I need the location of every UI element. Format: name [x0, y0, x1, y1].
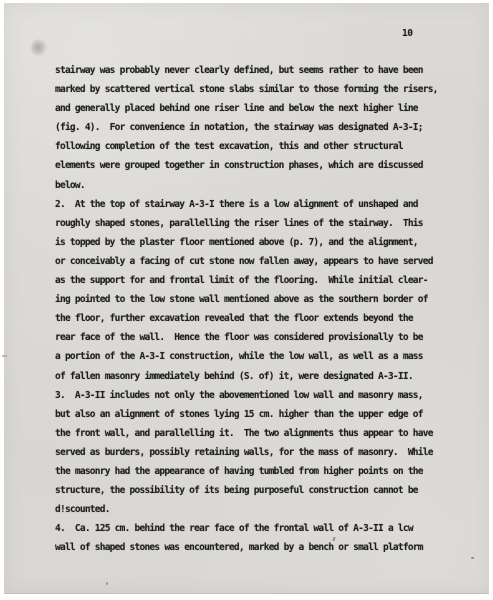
text-line: the masonry had the appearance of having…: [55, 462, 455, 481]
ink-speck: [106, 582, 108, 585]
ink-speck: [471, 557, 474, 559]
text-line: structure, the possibility of its being …: [55, 481, 455, 500]
page-number: 10: [402, 28, 412, 39]
text-line: but also an alignment of stones lying 15…: [55, 405, 455, 424]
typed-text: stairway was probably never clearly defi…: [55, 61, 455, 557]
text-line: is topped by the plaster floor mentioned…: [55, 233, 455, 252]
text-line: and generally placed behind one riser li…: [55, 99, 455, 118]
text-line: the floor, further excavation revealed t…: [55, 309, 455, 328]
text-line: rear face of the wall. Hence the floor w…: [55, 328, 455, 347]
text-line: 4. Ca. 125 cm. behind the rear face of t…: [55, 519, 455, 538]
text-line: below.: [55, 176, 455, 195]
text-line: wall of shaped stones was encountered, m…: [55, 538, 455, 557]
scanned-document: { "document": { "page_number": "10", "li…: [0, 0, 493, 600]
text-line: or conceivably a facing of cut stone now…: [55, 252, 455, 271]
text-line: marked by scattered vertical stone slabs…: [55, 80, 455, 99]
text-line: of fallen masonry immediately behind (S.…: [55, 367, 455, 386]
text-line: 2. At the top of stairway A-3-I there is…: [55, 195, 455, 214]
text-line: roughly shaped stones, parallelling the …: [55, 214, 455, 233]
text-line: d!scounted.: [55, 500, 455, 519]
text-line: the front wall, and parallelling it. The…: [55, 424, 455, 443]
text-line: a portion of the A-3-I construction, whi…: [55, 347, 455, 366]
text-line: elements were grouped together in constr…: [55, 156, 455, 175]
text-line: 3. A-3-II includes not only the abovemen…: [55, 386, 455, 405]
text-line: served as burders, possibly retaining wa…: [55, 443, 455, 462]
text-line: ing pointed to the low stone wall mentio…: [55, 290, 455, 309]
edge-mark: [2, 355, 7, 357]
text-line: stairway was probably never clearly defi…: [55, 61, 455, 80]
text-line: (fig. 4). For convenience in notation, t…: [55, 118, 455, 137]
text-line: as the support for and frontal limit of …: [55, 271, 455, 290]
text-line: following completion of the test excavat…: [55, 137, 455, 156]
